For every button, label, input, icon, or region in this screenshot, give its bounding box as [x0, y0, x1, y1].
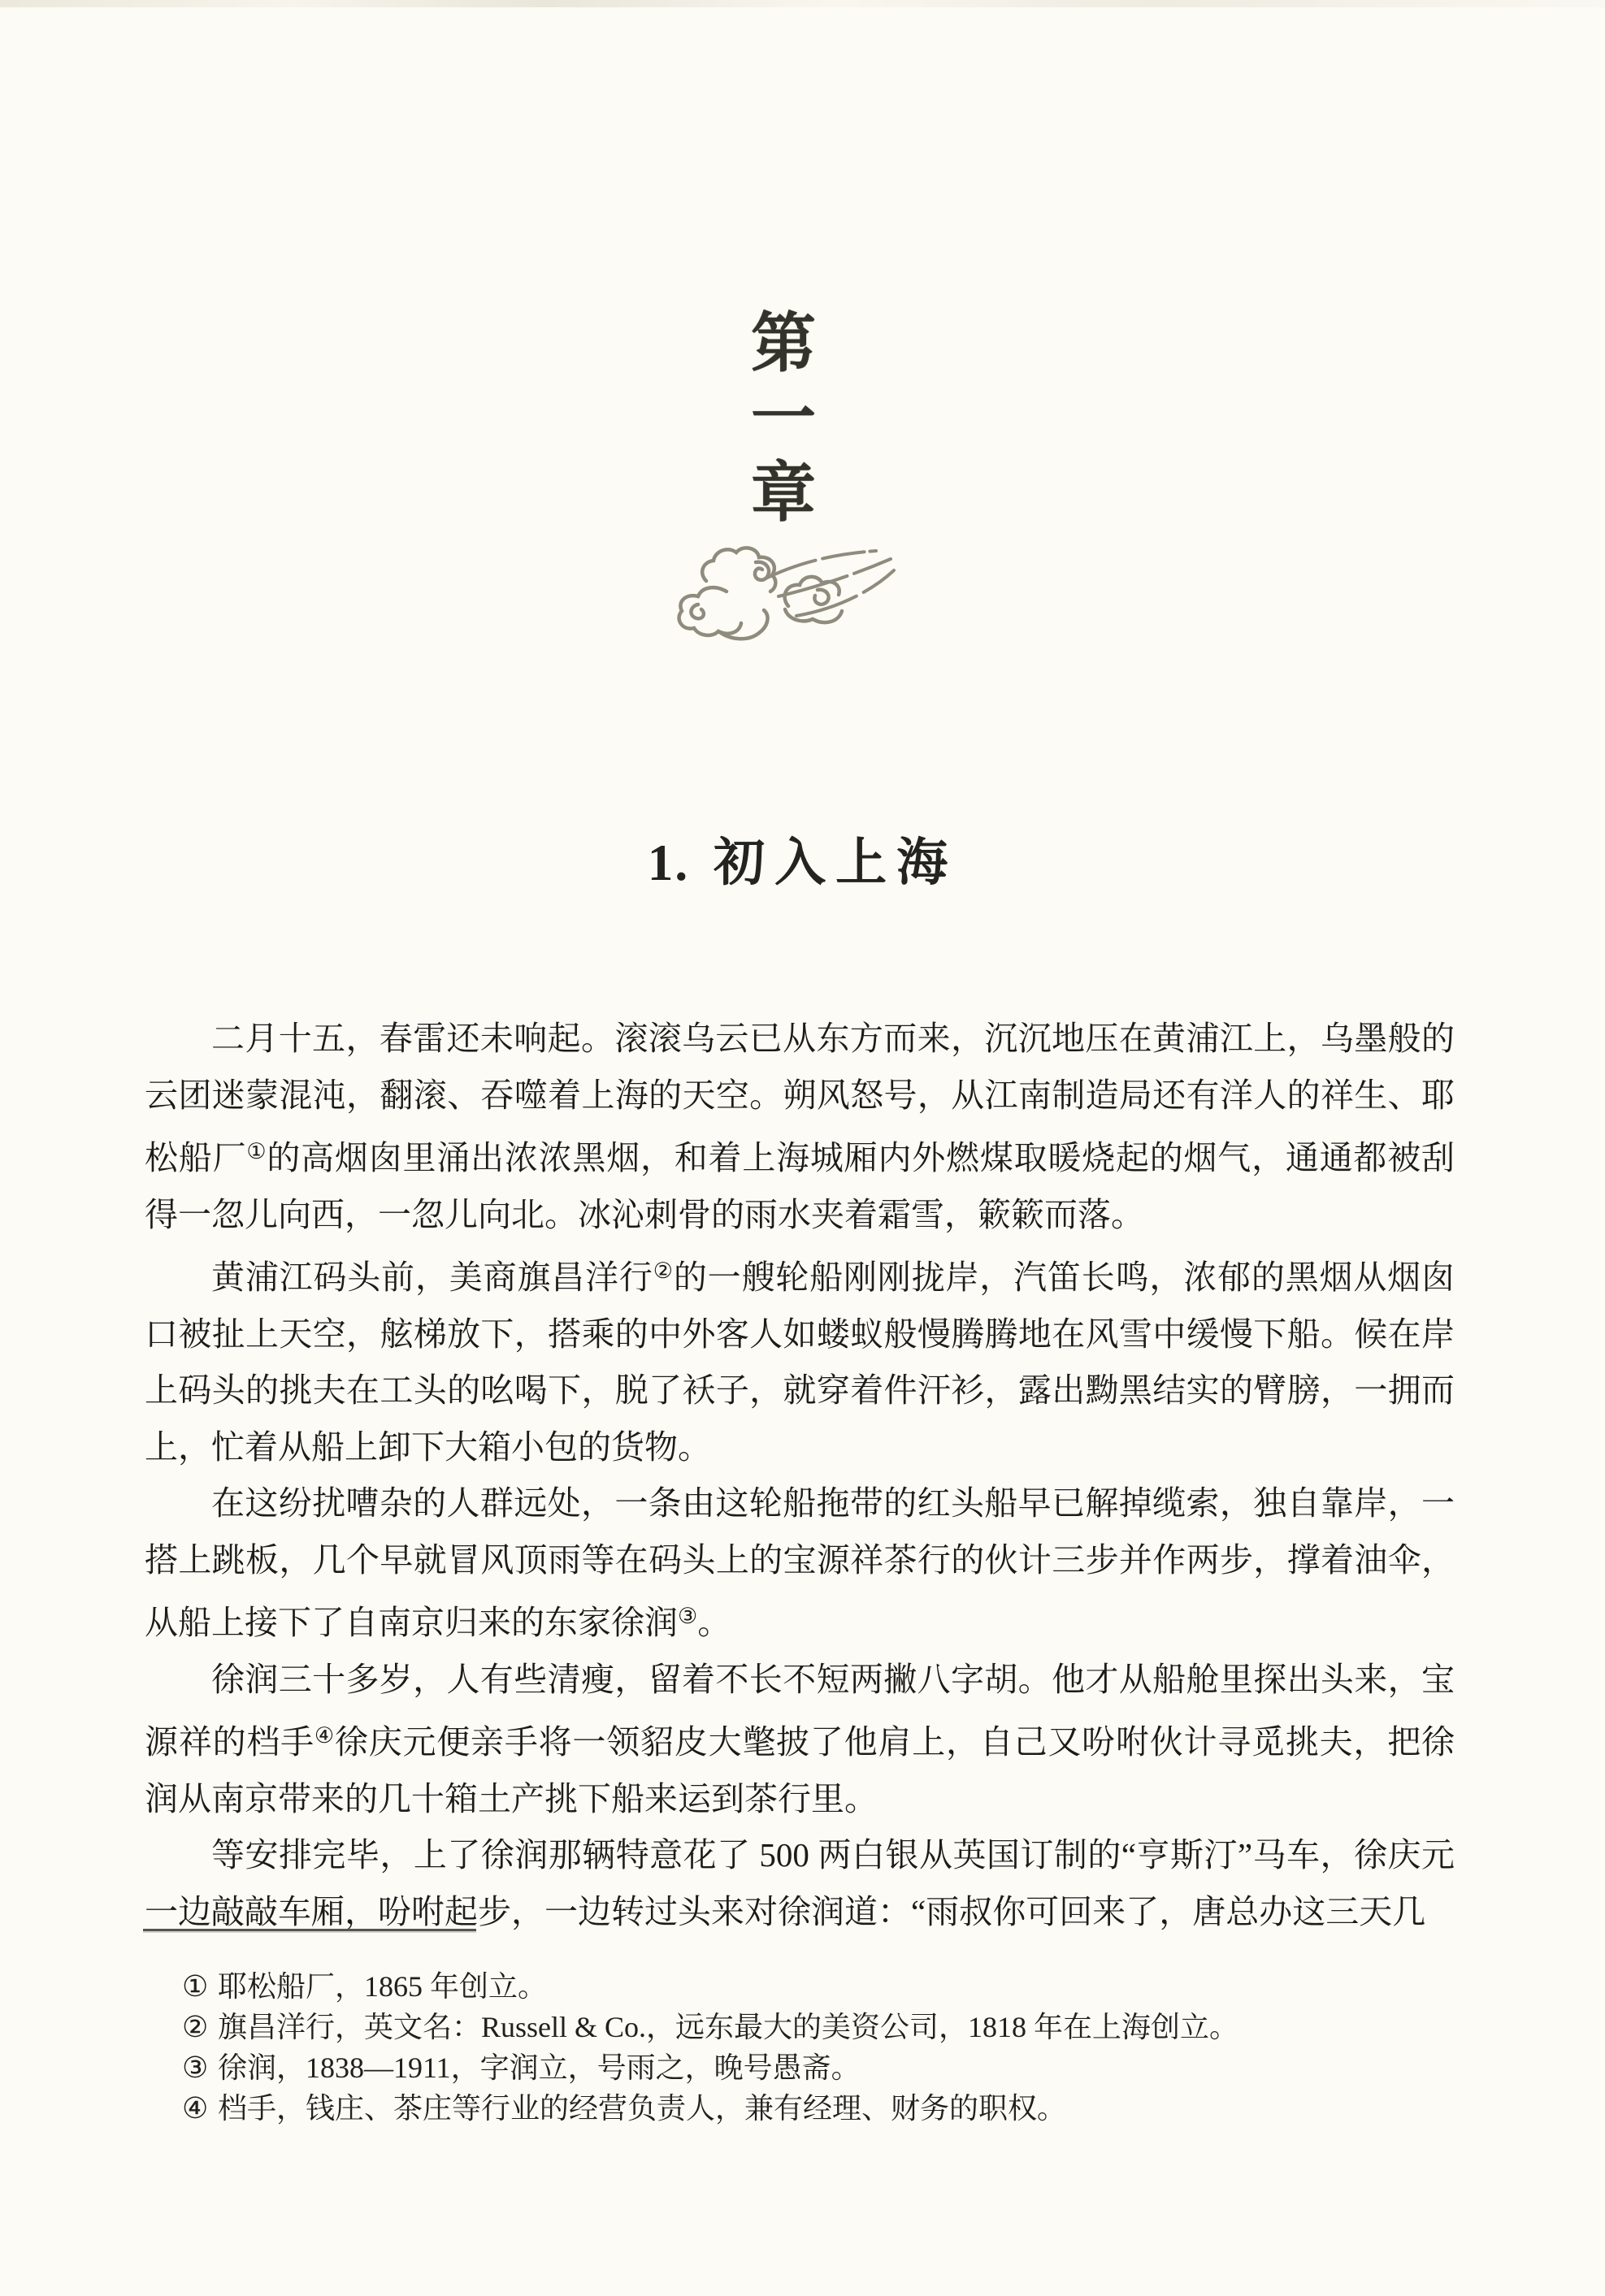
- paragraph: 等安排完毕，上了徐润那辆特意花了 500 两白银从英国订制的“亨斯汀”马车，徐庆…: [145, 1827, 1455, 1940]
- book-page: 第一章 1.初入上海 二月十五，春雷还未响起。滚滚乌云已从东方而来，沉沉地压在黄…: [0, 0, 1605, 2296]
- chapter-title-char: 一: [751, 387, 816, 452]
- footnote-divider: [143, 1929, 476, 1931]
- scan-edge: [0, 0, 1605, 7]
- footnote-text: 档手，钱庄、茶庄等行业的经营负责人，兼有经理、财务的职权。: [218, 2088, 1450, 2129]
- footnote-ref: ①: [246, 1139, 267, 1163]
- section-number: 1.: [648, 834, 689, 891]
- footnote-ref: ②: [653, 1258, 674, 1283]
- footnotes: ①耶松船厂，1865 年创立。②旗昌洋行，英文名：Russell & Co.，远…: [182, 1966, 1450, 2129]
- footnote-item: ①耶松船厂，1865 年创立。: [182, 1966, 1450, 2007]
- paragraph: 徐润三十多岁，人有些清瘦，留着不长不短两撇八字胡。他才从船舱里探出头来，宝源祥的…: [145, 1652, 1455, 1828]
- paragraph: 黄浦江码头前，美商旗昌洋行②的一艘轮船刚刚拢岸，汽笛长鸣，浓郁的黑烟从烟囱口被扯…: [145, 1243, 1455, 1475]
- footnote-text: 旗昌洋行，英文名：Russell & Co.，远东最大的美资公司，1818 年在…: [218, 2007, 1450, 2047]
- chapter-title-char: 章: [751, 461, 816, 526]
- body-text: 二月十五，春雷还未响起。滚滚乌云已从东方而来，沉沉地压在黄浦江上，乌墨般的云团迷…: [145, 1011, 1455, 1940]
- footnote-marker: ④: [182, 2088, 218, 2129]
- footnote-marker: ①: [182, 1966, 218, 2007]
- footnote-marker: ③: [182, 2047, 218, 2088]
- footnote-item: ④档手，钱庄、茶庄等行业的经营负责人，兼有经理、财务的职权。: [182, 2088, 1450, 2129]
- footnote-text: 耶松船厂，1865 年创立。: [218, 1966, 1450, 2007]
- footnote-marker: ②: [182, 2007, 218, 2047]
- section-name: 初入上海: [714, 834, 957, 891]
- footnote-ref: ④: [314, 1723, 335, 1748]
- footnote-item: ②旗昌洋行，英文名：Russell & Co.，远东最大的美资公司，1818 年…: [182, 2007, 1450, 2047]
- footnote-text: 徐润，1838—1911，字润立，号雨之，晚号愚斋。: [218, 2047, 1450, 2088]
- cloud-ornament-icon: [660, 530, 896, 656]
- footnote-item: ③徐润，1838—1911，字润立，号雨之，晚号愚斋。: [182, 2047, 1450, 2088]
- paragraph: 二月十五，春雷还未响起。滚滚乌云已从东方而来，沉沉地压在黄浦江上，乌墨般的云团迷…: [145, 1011, 1455, 1243]
- paragraph: 在这纷扰嘈杂的人群远处，一条由这轮船拖带的红头船早已解掉缆索，独自靠岸，一搭上跳…: [145, 1475, 1455, 1652]
- chapter-title: 第一章: [751, 312, 816, 526]
- footnote-ref: ③: [678, 1604, 697, 1628]
- section-title: 1.初入上海: [0, 834, 1605, 892]
- chapter-title-char: 第: [751, 312, 816, 377]
